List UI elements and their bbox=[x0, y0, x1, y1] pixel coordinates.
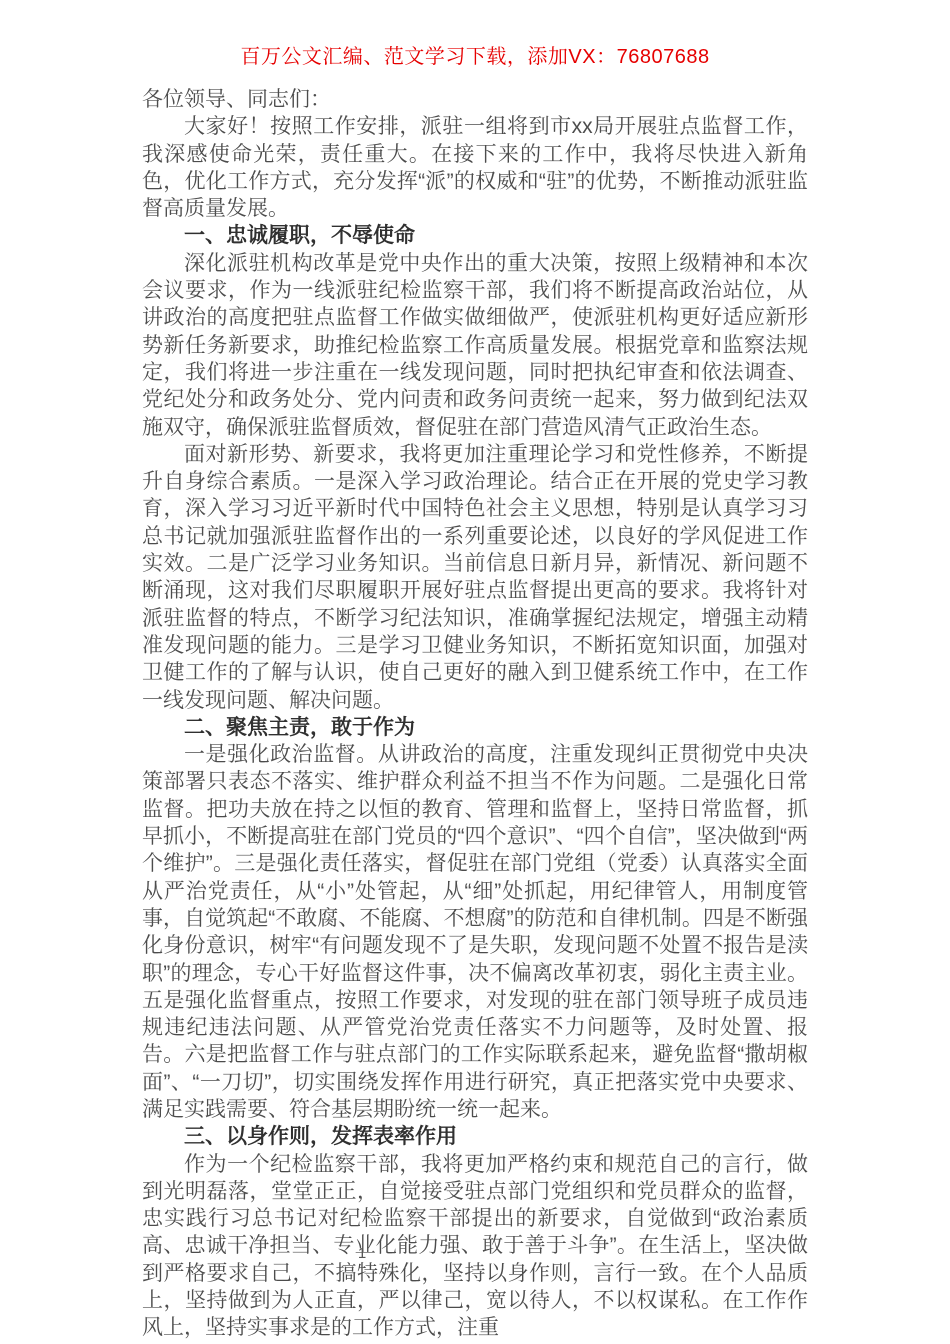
page-number: 1 bbox=[348, 1245, 376, 1263]
body-paragraph-3: 面对新形势、新要求，我将更加注重理论学习和党性修养，不断提升自身综合素质。一是深… bbox=[142, 441, 808, 714]
body-paragraph-2: 深化派驻机构改革是党中央作出的重大决策，按照上级精神和本次会议要求，作为一线派驻… bbox=[142, 250, 808, 441]
body-paragraph-5: 作为一个纪检监察干部，我将更加严格约束和规范自己的言行，做到光明磊落，堂堂正正，… bbox=[142, 1151, 808, 1342]
header-notice: 百万公文汇编、范文学习下载，添加VX：76807688 bbox=[0, 45, 950, 69]
document-page: 百万公文汇编、范文学习下载，添加VX：76807688 各位领导、同志们： 大家… bbox=[0, 0, 950, 1344]
section-heading-3: 三、以身作则，发挥表率作用 bbox=[142, 1123, 808, 1150]
body-paragraph-1: 大家好！按照工作安排，派驻一组将到市xx局开展驻点监督工作，我深感使命光荣，责任… bbox=[142, 113, 808, 222]
section-heading-2: 二、聚焦主责，敢于作为 bbox=[142, 714, 808, 741]
document-content: 各位领导、同志们： 大家好！按照工作安排，派驻一组将到市xx局开展驻点监督工作，… bbox=[142, 86, 808, 1342]
salutation: 各位领导、同志们： bbox=[142, 86, 808, 113]
body-paragraph-4: 一是强化政治监督。从讲政治的高度，注重发现纠正贯彻党中央决策部署只表态不落实、维… bbox=[142, 741, 808, 1123]
section-heading-1: 一、忠诚履职，不辱使命 bbox=[142, 222, 808, 249]
